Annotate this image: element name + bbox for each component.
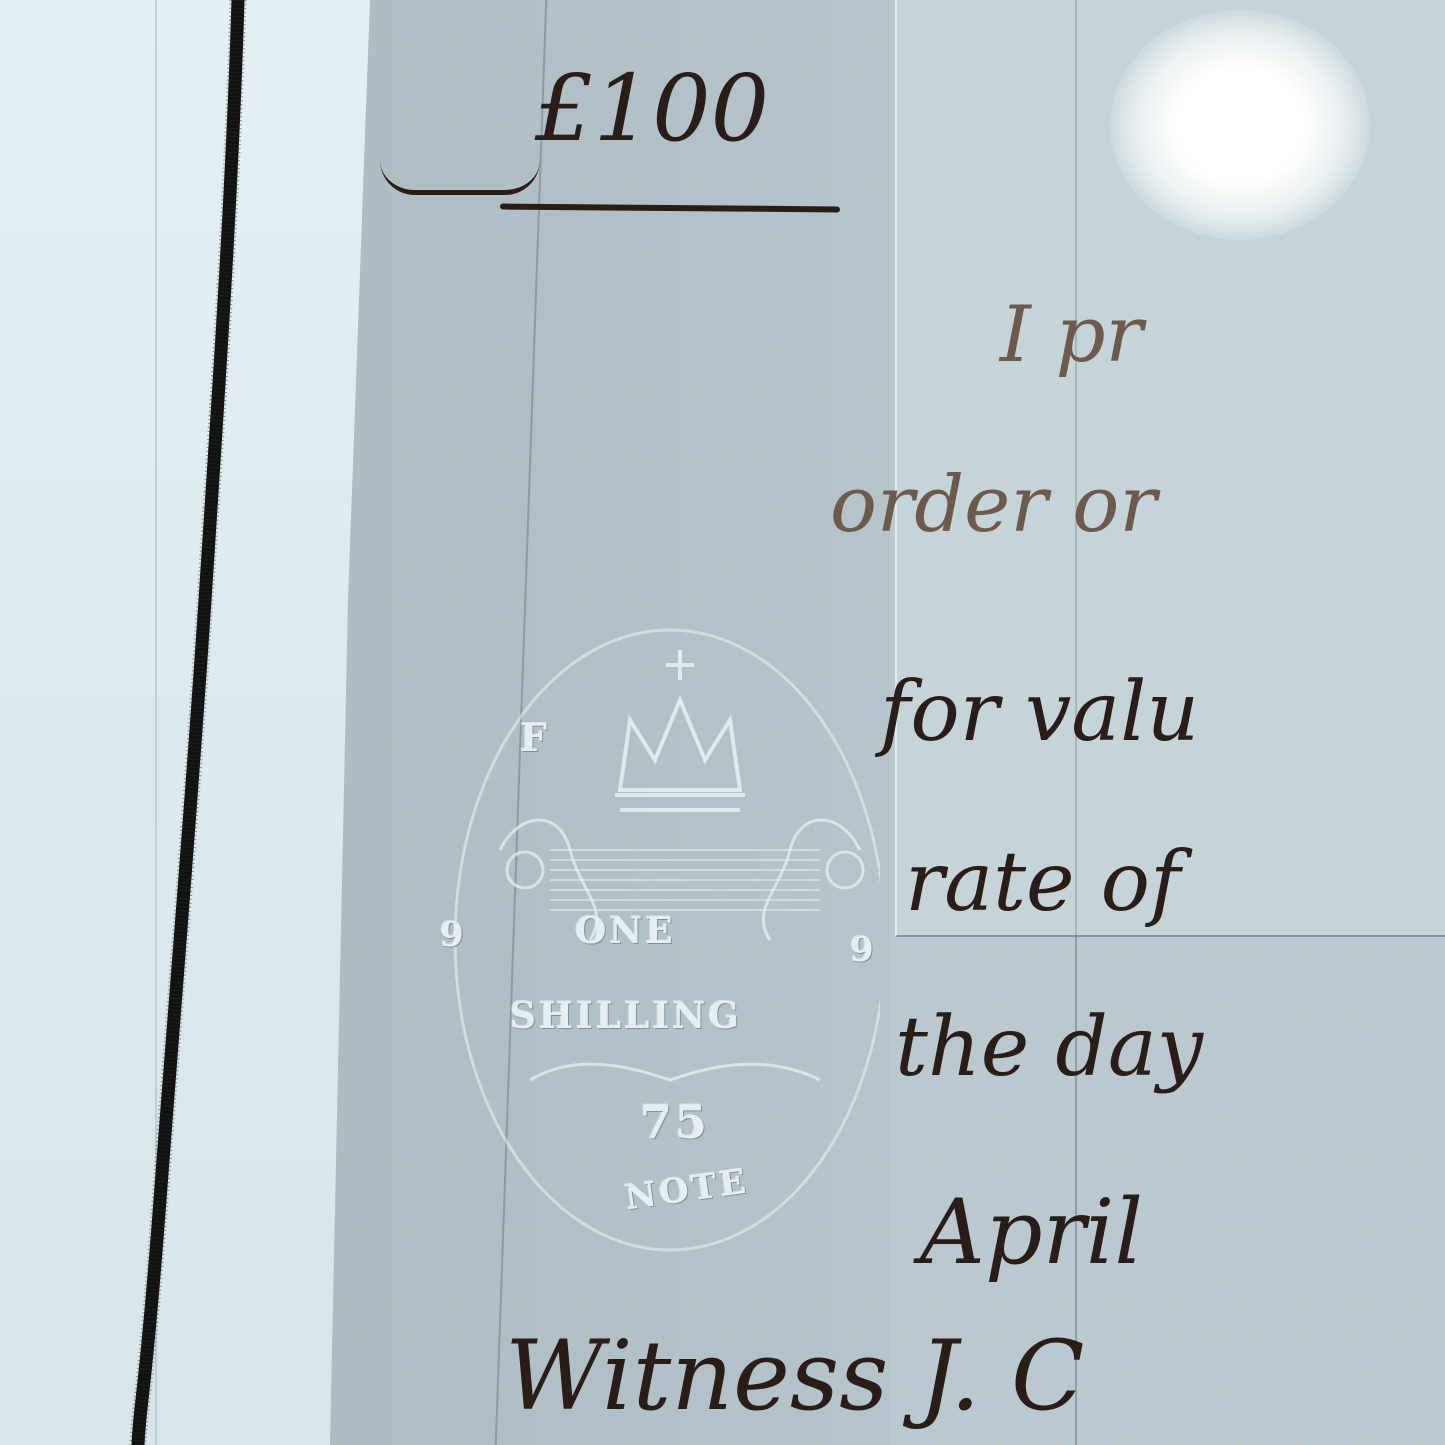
handwriting-line-2: order or [830, 460, 1157, 550]
embossed-tax-stamp: F ONE SHILLING 9 9 75 NOTE [440, 610, 880, 1260]
stamp-numeral-right: 9 [850, 930, 877, 970]
amount-text: £100 [535, 55, 769, 162]
stamp-serial: 75 [640, 1095, 710, 1149]
handwriting-line-6: April [920, 1180, 1143, 1285]
stamp-letter: F [520, 715, 550, 760]
handwriting-line-4: rate of [905, 835, 1180, 930]
stamp-denomination-shilling: SHILLING [510, 995, 742, 1037]
handwriting-line-3: for valu [880, 665, 1199, 760]
handwriting-line-1: I pr [1000, 290, 1143, 380]
amount-flourish [380, 160, 540, 195]
handwriting-line-5: the day [895, 1000, 1203, 1095]
stamp-denomination-one: ONE [575, 910, 676, 952]
stamp-numeral-left: 9 [440, 915, 467, 955]
light-glare [1110, 10, 1370, 240]
handwriting-line-7: Witness J. C [505, 1320, 1084, 1432]
